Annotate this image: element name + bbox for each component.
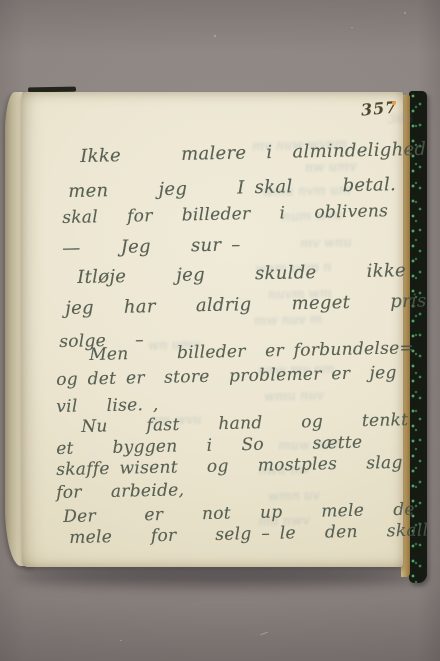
- bleedthrough-line: mu nwv: [258, 513, 310, 529]
- orange-marker-dot: [392, 101, 396, 105]
- bleedthrough-line: nm wvu: [150, 412, 202, 428]
- bleedthrough-line: wmu nuv: [264, 388, 324, 405]
- bleedthrough-line: muw nvm: [278, 437, 342, 454]
- marbled-cover-edge: [409, 91, 427, 583]
- bleedthrough-line: mv nuw wvnm: [252, 137, 347, 154]
- dust-speck: [351, 27, 353, 28]
- bleedthrough-line: wmn uv: [268, 488, 320, 504]
- photo-scene: mv nuw wvnmnw umvwmu nvm umnum wvumv wnu…: [0, 0, 440, 661]
- dust-speck: [120, 640, 122, 641]
- bleedthrough-line: wnm uvm n: [255, 260, 332, 277]
- bleedthrough-line: unw mv nm: [258, 362, 335, 379]
- bleedthrough-line: wn umv: [148, 337, 200, 353]
- bleedthrough-line: nuvm wm: [268, 286, 332, 303]
- book-shadow: [14, 566, 424, 586]
- bleedthrough-layer: mv nuw wvnmnw umvwmu nvm umnum wvumv wnu…: [22, 92, 403, 567]
- dust-speck: [214, 35, 216, 37]
- bleedthrough-line: num wvu: [282, 208, 342, 225]
- bleedthrough-line: mv wnu: [300, 235, 352, 251]
- bleedthrough-line: nw umv: [305, 159, 357, 175]
- bleedthrough-line: wmu nvm um: [262, 183, 351, 200]
- bleedthrough-line: nwu mv: [258, 462, 310, 478]
- dust-speck: [404, 12, 406, 14]
- dust-speck: [260, 632, 268, 636]
- notebook-page: mv nuw wvnmnw umvwmu nvm umnum wvumv wnu…: [22, 92, 403, 567]
- bleedthrough-line: mw nuv m: [254, 312, 323, 329]
